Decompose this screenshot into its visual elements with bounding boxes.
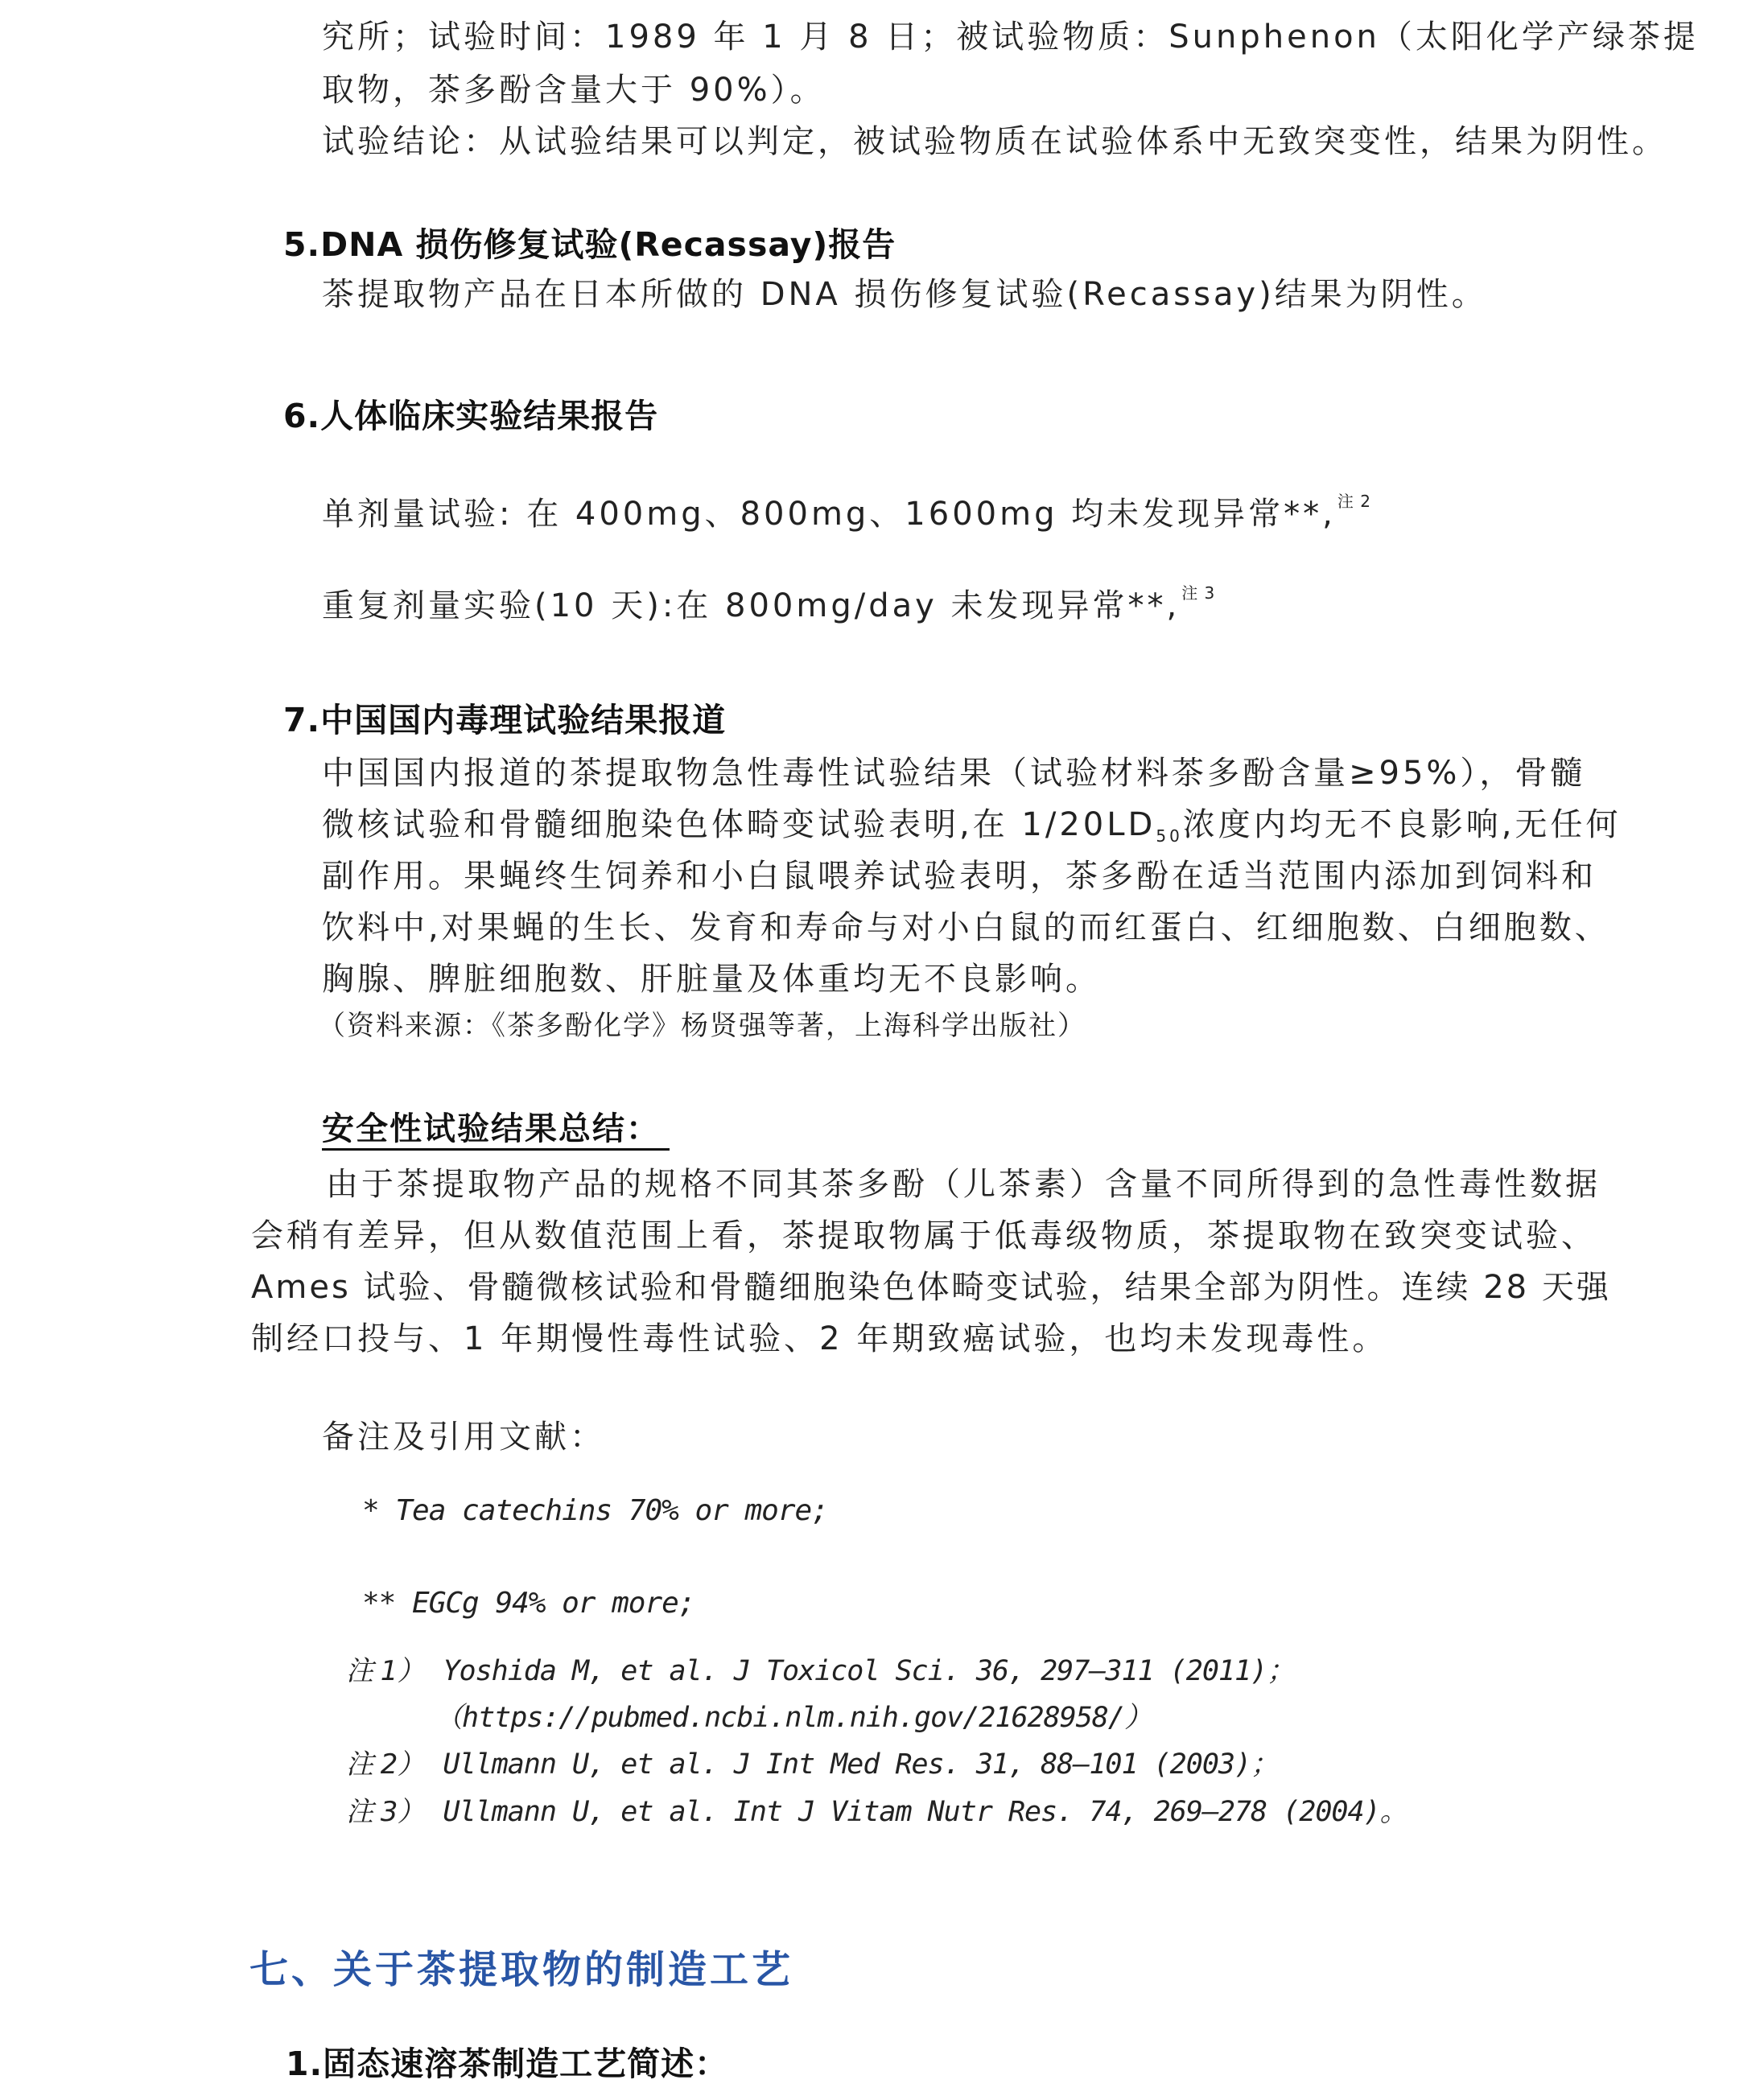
- reference-text: Yoshida M, et al. J Toxicol Sci. 36, 297…: [443, 1655, 1294, 1687]
- footnote-marker: 注 3: [1181, 583, 1215, 603]
- subscript-50: 50: [1156, 826, 1182, 846]
- section-7-line-4: 饮料中,对果蝇的生长、发育和寿命与对小白鼠的而红蛋白、红细胞数、白细胞数、: [322, 912, 1610, 944]
- reference-1: 注 1）Yoshida M, et al. J Toxicol Sci. 36,…: [346, 1658, 1294, 1686]
- chapter-7-subheading: 1.固态速溶茶制造工艺简述：: [286, 2048, 728, 2081]
- section-6-item-single-dose: 单剂量试验: 在 400mg、800mg、1600mg 均未发现异常**,注 2: [322, 493, 1371, 530]
- section-5-heading: 5.DNA 损伤修复试验(Recassay)报告: [283, 229, 896, 261]
- notes-heading: 备注及引用文献：: [322, 1421, 605, 1453]
- chapter-7-heading: 七、关于茶提取物的制造工艺: [249, 1950, 793, 1989]
- note-tea-catechins: * Tea catechins 70% or more;: [362, 1497, 828, 1526]
- reference-text: Ullmann U, et al. Int J Vitam Nutr Res. …: [443, 1796, 1407, 1828]
- reference-label: 注 3）: [346, 1796, 423, 1828]
- intro-line-2: 取物，茶多酚含量大于 90%）。: [322, 74, 826, 106]
- summary-line-3: Ames 试验、骨髓微核试验和骨髓细胞染色体畸变试验，结果全部为阴性。连续 28…: [251, 1271, 1611, 1303]
- reference-1-url[interactable]: （https://pubmed.ncbi.nlm.nih.gov/2162895…: [435, 1704, 1152, 1732]
- line-text: 浓度内均无不良影响,无任何: [1183, 806, 1622, 843]
- reference-label: 注 2）: [346, 1748, 423, 1781]
- line-text: 微核试验和骨髓细胞染色体畸变试验表明,在 1/20LD: [322, 806, 1156, 843]
- reference-label: 注 1）: [346, 1655, 423, 1687]
- section-7-line-5: 胸腺、脾脏细胞数、肝脏量及体重均无不良影响。: [322, 963, 1101, 995]
- reference-text: Ullmann U, et al. J Int Med Res. 31, 88–…: [443, 1748, 1278, 1781]
- section-6-item-repeat-dose: 重复剂量实验(10 天):在 800mg/day 未发现异常**,注 3: [322, 585, 1215, 622]
- section-7-line-2: 微核试验和骨髓细胞染色体畸变试验表明,在 1/20LD50浓度内均无不良影响,无…: [322, 809, 1622, 844]
- summary-line-1: 由于茶提取物产品的规格不同其茶多酚（儿茶素）含量不同所得到的急性毒性数据: [326, 1168, 1601, 1200]
- reference-3: 注 3）Ullmann U, et al. Int J Vitam Nutr R…: [346, 1798, 1407, 1826]
- section-7-line-3: 副作用。果蝇终生饲养和小白鼠喂养试验表明，茶多酚在适当范围内添加到饲料和: [322, 860, 1597, 892]
- reference-2: 注 2）Ullmann U, et al. J Int Med Res. 31,…: [346, 1751, 1278, 1779]
- section-7-line-1: 中国国内报道的茶提取物急性毒性试验结果（试验材料茶多酚含量≥95%），骨髓: [322, 757, 1585, 789]
- section-7-heading: 7.中国国内毒理试验结果报道: [283, 704, 726, 737]
- note-egcg: ** EGCg 94% or more;: [362, 1589, 694, 1618]
- section-7-source: （资料来源：《茶多酚化学》杨贤强等著，上海科学出版社）: [318, 1012, 1086, 1040]
- section-6-heading: 6.人体临床实验结果报告: [283, 400, 658, 433]
- summary-line-2: 会稍有差异，但从数值范围上看，茶提取物属于低毒级物质，茶提取物在致突变试验、: [251, 1220, 1597, 1252]
- intro-conclusion: 试验结论：从试验结果可以判定，被试验物质在试验体系中无致突变性，结果为阴性。: [322, 126, 1667, 158]
- safety-summary-heading: 安全性试验结果总结：: [322, 1113, 670, 1151]
- item-text: 重复剂量实验(10 天):在 800mg/day 未发现异常**,: [322, 587, 1180, 624]
- intro-line-1: 究所；试验时间：1989 年 1 月 8 日；被试验物质：Sunphenon（太…: [322, 21, 1699, 53]
- footnote-marker: 注 2: [1337, 492, 1371, 511]
- item-text: 单剂量试验: 在 400mg、800mg、1600mg 均未发现异常**,: [322, 496, 1336, 533]
- summary-line-4: 制经口投与、1 年期慢性毒性试验、2 年期致癌试验，也均未发现毒性。: [251, 1323, 1387, 1355]
- section-5-text: 茶提取物产品在日本所做的 DNA 损伤修复试验(Recassay)结果为阴性。: [322, 278, 1487, 311]
